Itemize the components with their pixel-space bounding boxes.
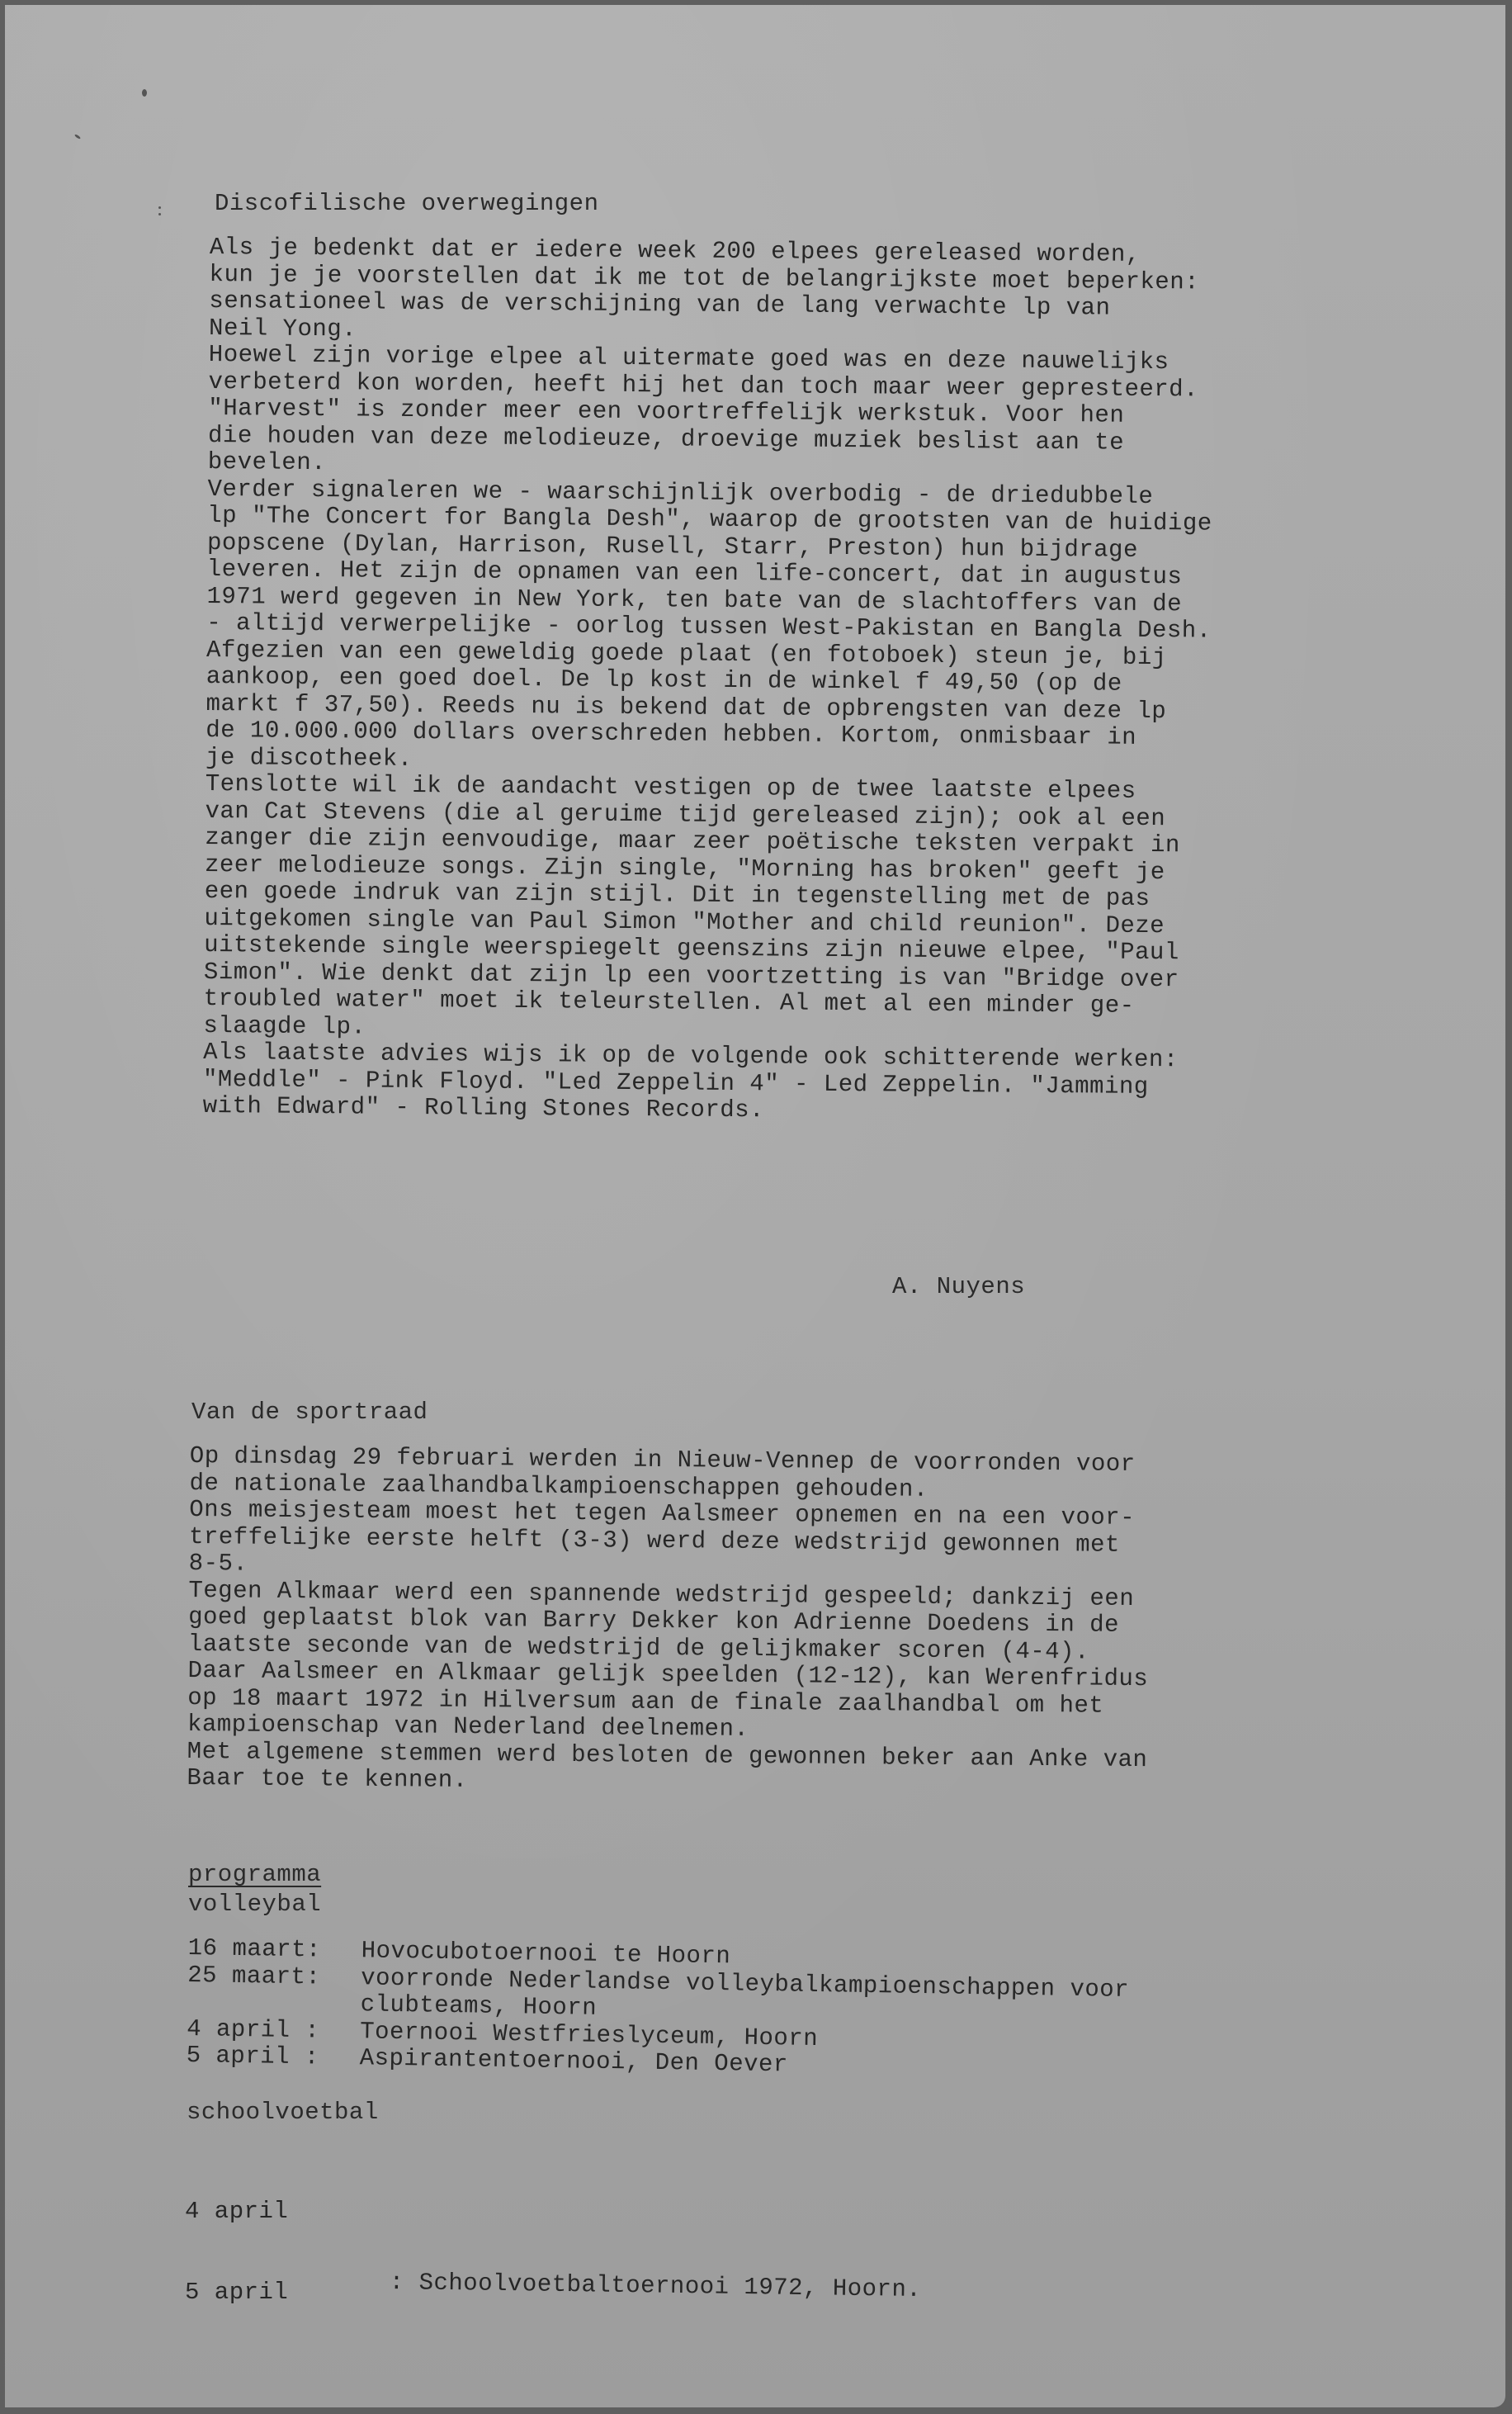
- schedule-row: 5 april : Schoolvoetbaltoernooi 1972, Ho…: [185, 2279, 922, 2307]
- programma-title: programma: [188, 1861, 321, 1888]
- schedule-row: 4 april: [185, 2199, 922, 2226]
- schedule-date: 25 maart:: [187, 1962, 361, 1991]
- volleybal-schedule: 16 maart:Hovocubotoernooi te Hoorn25 maa…: [186, 1935, 1129, 2084]
- article-body-discofilische: Als je bedenkt dat er iedere week 200 el…: [203, 234, 1215, 1128]
- ink-speck: [158, 206, 161, 209]
- schedule-date: 4 april :: [187, 2015, 360, 2045]
- ink-speck: [158, 213, 161, 215]
- schedule-date: 4 april: [185, 2199, 358, 2226]
- schedule-date: 16 maart:: [187, 1935, 361, 1965]
- section-title-discofilische: Discofilische overwegingen: [215, 190, 598, 217]
- ink-speck: [142, 89, 147, 97]
- ink-speck: [74, 134, 81, 140]
- volleybal-subtitle: volleybal: [188, 1891, 321, 1918]
- schoolvoetbal-schedule: 4 april 5 april : Schoolvoetbaltoernooi …: [185, 2145, 922, 2360]
- schoolvoetbal-subtitle: schoolvoetbal: [187, 2099, 379, 2126]
- article-body-sportraad: Op dinsdag 29 februari werden in Nieuw-V…: [187, 1443, 1150, 1801]
- author-signature: A. Nuyens: [892, 1273, 1025, 1300]
- typewritten-page: Discofilische overwegingen Als je bedenk…: [5, 5, 1505, 2407]
- schedule-description: : Schoolvoetbaltoernooi 1972, Hoorn.: [389, 2270, 921, 2313]
- section-title-sportraad: Van de sportraad: [191, 1399, 428, 1426]
- schedule-date: [187, 1989, 360, 2019]
- schedule-date: 5 april :: [186, 2042, 359, 2072]
- schedule-date: 5 april: [185, 2279, 390, 2307]
